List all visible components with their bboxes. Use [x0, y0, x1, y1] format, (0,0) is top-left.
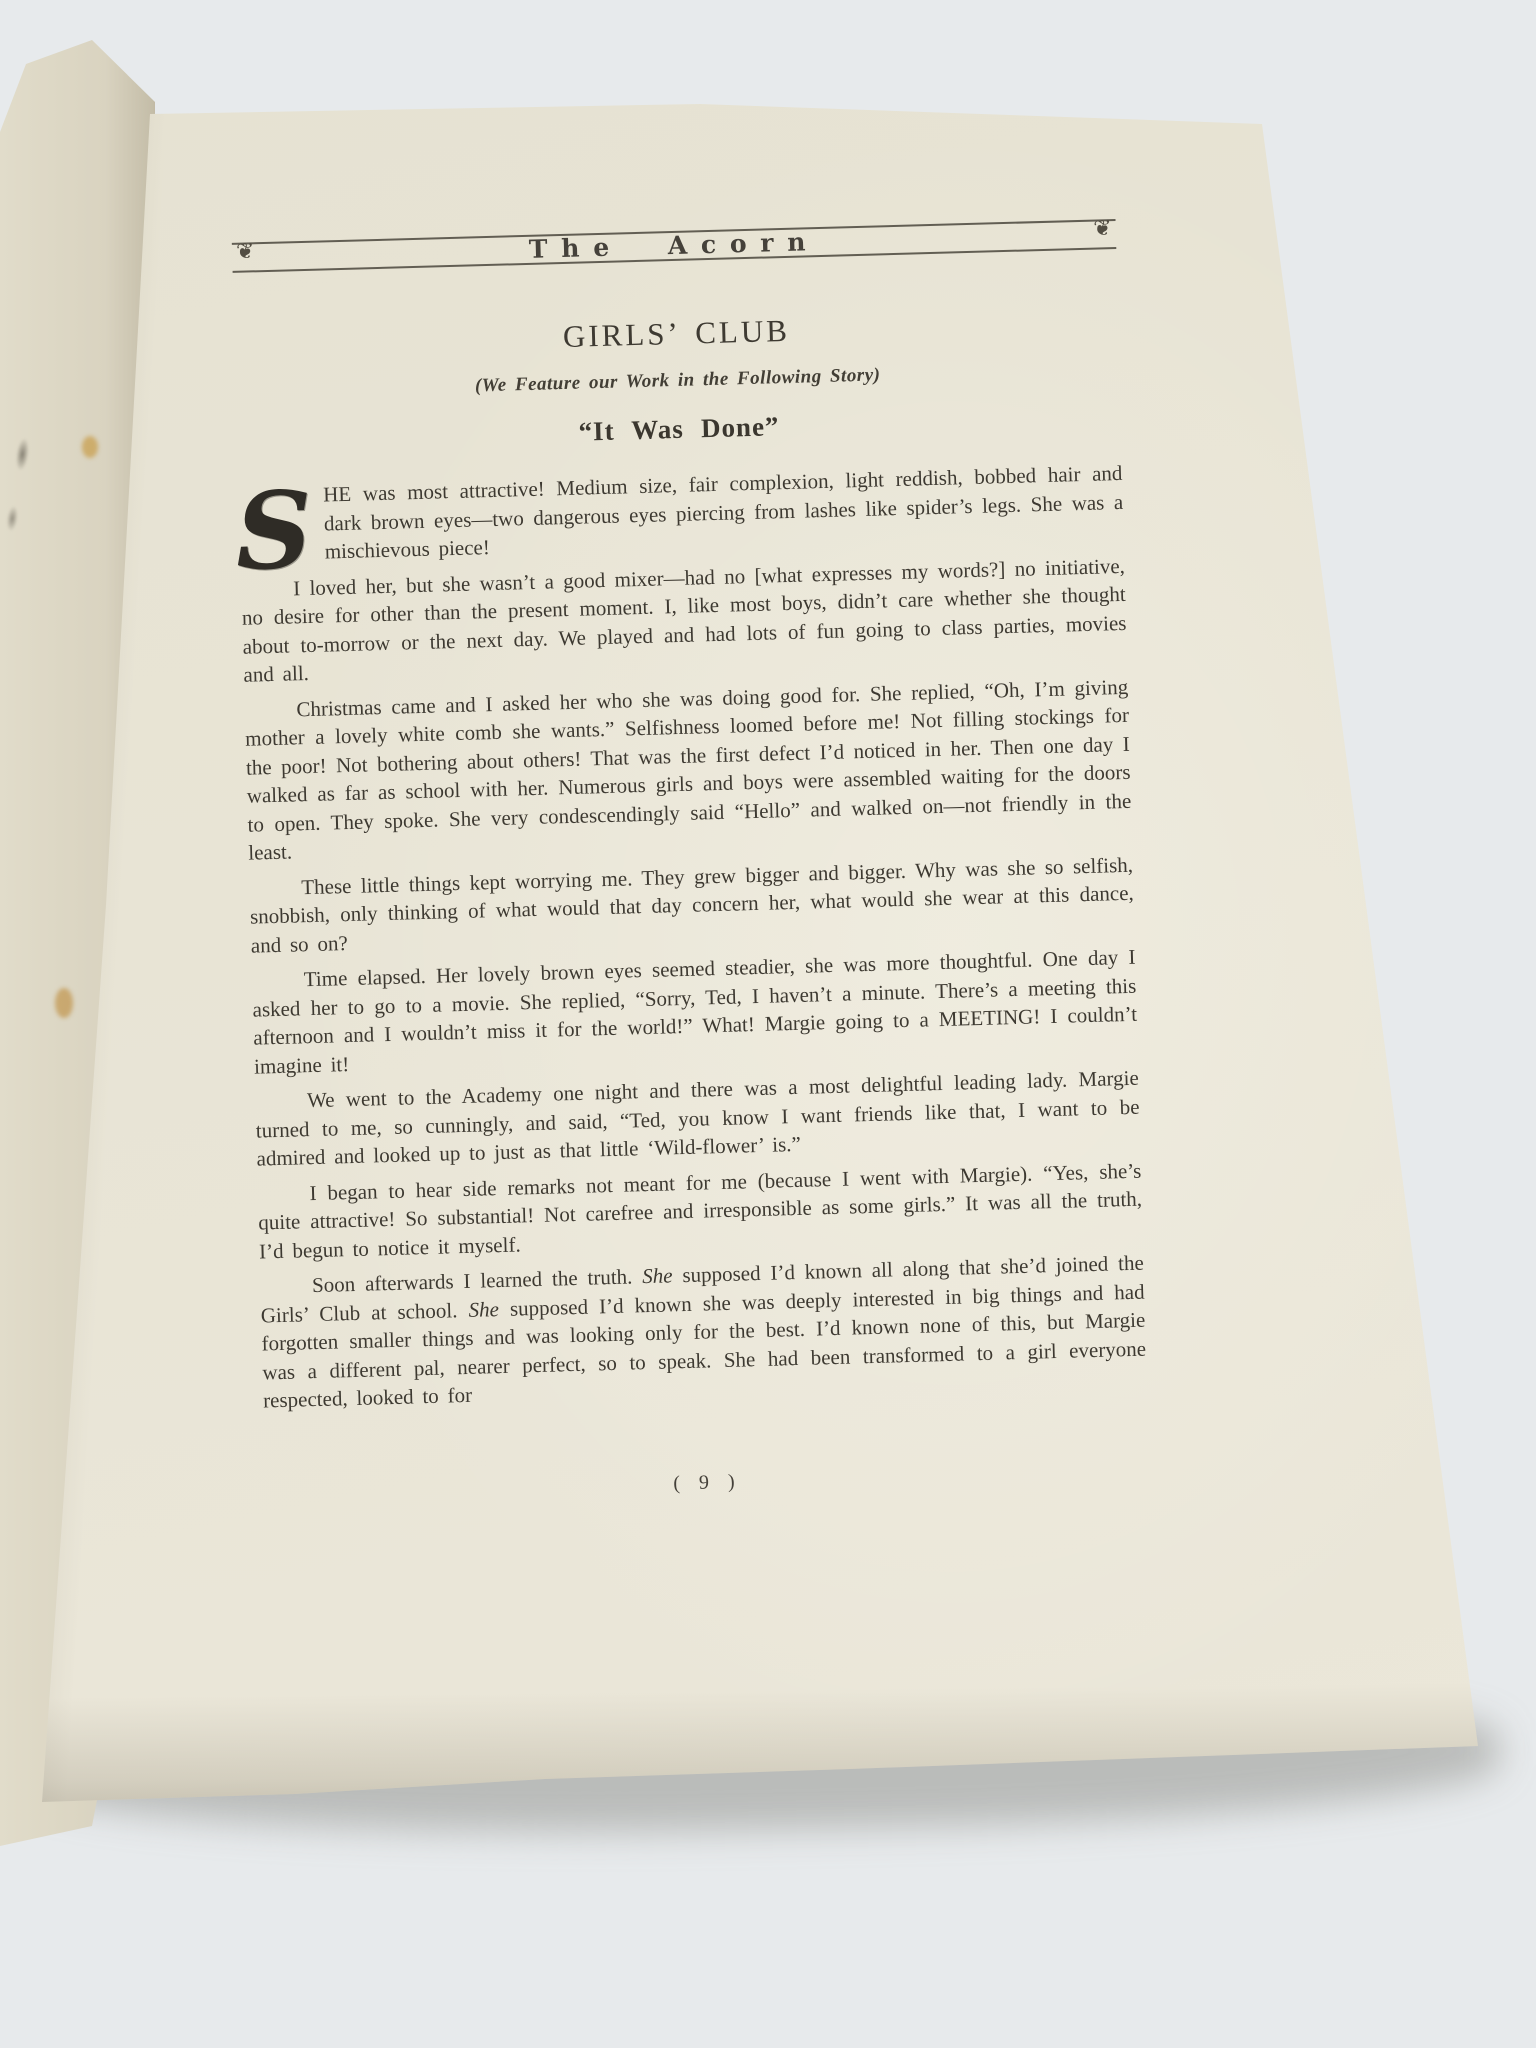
story-paragraph: These little things kept worrying me. Th… — [249, 850, 1135, 959]
printer-ornament-icon: ❦ — [1093, 216, 1112, 242]
stain — [82, 436, 98, 458]
book-page: The Acorn ❦ ❦ GIRLS’ CLUB (We Feature ou… — [0, 0, 1536, 2048]
book-photo-scene: The Acorn ❦ ❦ GIRLS’ CLUB (We Feature ou… — [0, 0, 1536, 2048]
masthead-title: The Acorn — [232, 221, 1116, 271]
article-subtitle: (We Feature our Work in the Following St… — [236, 358, 1120, 404]
story-paragraph: Soon afterwards I learned the truth. She… — [260, 1249, 1148, 1415]
story-title: “It Was Done” — [237, 402, 1122, 457]
dropcap-letter: S — [235, 489, 314, 574]
masthead: The Acorn ❦ ❦ — [232, 212, 1117, 282]
article-title: GIRLS’ CLUB — [234, 304, 1119, 364]
story-paragraph: We went to the Academy one night and the… — [255, 1064, 1141, 1173]
story-paragraph: I loved her, but she wasn’t a good mixer… — [241, 551, 1128, 689]
story-paragraph: Time elapsed. Her lovely brown eyes seem… — [251, 943, 1138, 1081]
printer-ornament-icon: ❦ — [236, 239, 255, 265]
previous-page-text-bleed — [0, 427, 37, 559]
story-paragraph: Christmas came and I asked her who she w… — [244, 672, 1132, 867]
printed-content: The Acorn ❦ ❦ GIRLS’ CLUB (We Feature ou… — [232, 212, 1150, 1506]
story-paragraph: I began to hear side remarks not meant f… — [257, 1156, 1143, 1265]
page-number: ( 9 ) — [265, 1459, 1149, 1506]
stain — [55, 988, 73, 1018]
story-paragraph: SHE was most attractive! Medium size, fa… — [238, 459, 1124, 568]
story-paragraphs: SHE was most attractive! Medium size, fa… — [238, 459, 1147, 1415]
